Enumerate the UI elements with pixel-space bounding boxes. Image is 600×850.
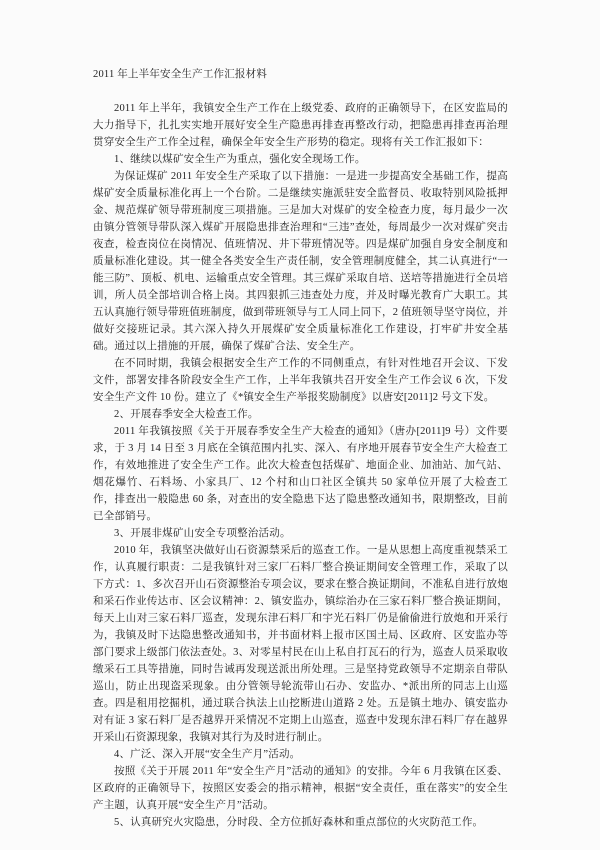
body-paragraph: 2011 年我镇按照《关于开展春季安全生产大检查的通知》（唐办[2011]9 号… [93,423,508,525]
section-heading: 3、开展非煤矿山安全专项整治活动。 [93,525,508,542]
document-page: 2011 年上半年安全生产工作汇报材料 2011 年上半年，我镇安全生产工作在上… [0,0,600,850]
body-paragraph: 为保证煤矿 2011 年安全生产采取了以下措施：一是进一步提高安全基础工作，提高… [93,168,508,355]
body-paragraph: 在不同时期，我镇会根据安全生产工作的不同侧重点，有针对性地召开会议、下发文件，部… [93,355,508,406]
document-content: 2011 年上半年安全生产工作汇报材料 2011 年上半年，我镇安全生产工作在上… [93,66,508,831]
document-title: 2011 年上半年安全生产工作汇报材料 [93,66,508,83]
body-paragraph: 按照《关于开展 2011 年“安全生产月”活动的通知》的安排。今年 6 月我镇在… [93,763,508,814]
section-heading: 4、广泛、深入开展“安全生产月”活动。 [93,746,508,763]
body-paragraph: 2010 年，我镇坚决做好山石资源禁采后的巡查工作。一是从思想上高度重视禁采工作… [93,542,508,746]
section-heading: 2、开展春季安全大检查工作。 [93,406,508,423]
body-paragraph: 2011 年上半年，我镇安全生产工作在上级党委、政府的正确领导下，在区安监局的大… [93,100,508,151]
section-heading: 1、继续以煤矿安全生产为重点，强化安全现场工作。 [93,151,508,168]
section-heading: 5、认真研究火灾隐患，分时段、全方位抓好森林和重点部位的火灾防范工作。 [93,814,508,831]
